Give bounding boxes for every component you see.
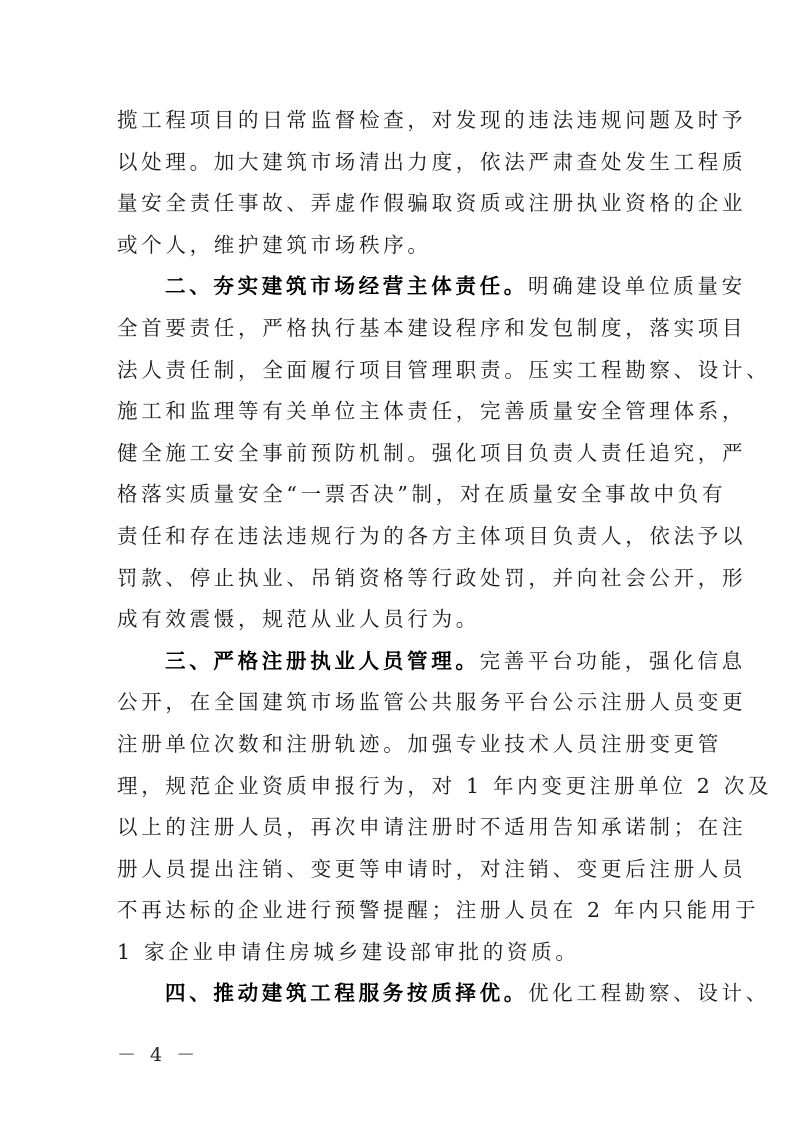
text-line: 施工和监理等有关单位主体责任，完善质量安全管理体系，	[117, 391, 677, 433]
section-heading-line: 四、推动建筑工程服务按质择优。优化工程勘察、设计、	[117, 973, 677, 1015]
line-text: 或个人，维护建筑市场秩序。	[117, 233, 432, 257]
line-text: 揽工程项目的日常监督检查，对发现的违法违规问题及时予	[117, 108, 746, 132]
section-heading-line: 三、严格注册执业人员管理。完善平台功能，强化信息	[117, 641, 677, 683]
text-line: 成有效震慑，规范从业人员行为。	[117, 599, 677, 641]
text-line: 格落实质量安全“一票否决”制，对在质量安全事故中负有	[117, 474, 677, 516]
text-line: 健全施工安全事前预防机制。强化项目负责人责任追究，严	[117, 433, 677, 475]
text-line: 不再达标的企业进行预警提醒；注册人员在 2 年内只能用于	[117, 890, 677, 932]
line-text: 成有效震慑，规范从业人员行为。	[117, 607, 480, 631]
text-line: 全首要责任，严格执行基本建设程序和发包制度，落实项目	[117, 308, 677, 350]
line-text: 明确建设单位质量安	[528, 274, 746, 298]
text-line: 公开，在全国建筑市场监管公共服务平台公示注册人员变更	[117, 682, 677, 724]
text-line: 罚款、停止执业、吊销资格等行政处罚，并向社会公开，形	[117, 558, 677, 600]
line-text: 注册单位次数和注册轨迹。加强专业技术人员注册变更管	[117, 732, 722, 756]
line-text: 责任和存在违法违规行为的各方主体项目负责人，依法予以	[117, 524, 746, 548]
page-number: － 4 －	[117, 1040, 199, 1067]
line-text: 以上的注册人员，再次申请注册时不适用告知承诺制；在注	[117, 815, 746, 839]
section-heading-line: 二、夯实建筑市场经营主体责任。明确建设单位质量安	[117, 266, 677, 308]
document-page: 揽工程项目的日常监督检查，对发现的违法违规问题及时予 以处理。加大建筑市场清出力…	[117, 100, 677, 1015]
text-line: 或个人，维护建筑市场秩序。	[117, 225, 677, 267]
section-heading-2: 二、夯实建筑市场经营主体责任。	[165, 274, 528, 298]
line-text: 量安全责任事故、弄虚作假骗取资质或注册执业资格的企业	[117, 191, 746, 215]
line-text: 格落实质量安全“一票否决”制，对在质量安全事故中负有	[117, 482, 726, 506]
line-text: 册人员提出注销、变更等申请时，对注销、变更后注册人员	[117, 857, 746, 881]
text-line: 1 家企业申请住房城乡建设部审批的资质。	[117, 932, 677, 974]
line-text: 完善平台功能，强化信息	[480, 649, 746, 673]
text-line: 法人责任制，全面履行项目管理职责。压实工程勘察、设计、	[117, 350, 677, 392]
text-line: 册人员提出注销、变更等申请时，对注销、变更后注册人员	[117, 849, 677, 891]
line-text: 1 家企业申请住房城乡建设部审批的资质。	[117, 940, 580, 964]
text-line: 以处理。加大建筑市场清出力度，依法严肃查处发生工程质	[117, 142, 677, 184]
line-text: 优化工程勘察、设计、	[528, 981, 770, 1005]
line-text: 全首要责任，严格执行基本建设程序和发包制度，落实项目	[117, 316, 746, 340]
line-text: 健全施工安全事前预防机制。强化项目负责人责任追究，严	[117, 441, 746, 465]
line-text: 法人责任制，全面履行项目管理职责。压实工程勘察、设计、	[117, 358, 770, 382]
line-text: 不再达标的企业进行预警提醒；注册人员在 2 年内只能用于	[117, 898, 759, 922]
section-heading-3: 三、严格注册执业人员管理。	[165, 649, 480, 673]
text-line: 责任和存在违法违规行为的各方主体项目负责人，依法予以	[117, 516, 677, 558]
text-line: 揽工程项目的日常监督检查，对发现的违法违规问题及时予	[117, 100, 677, 142]
line-text: 罚款、停止执业、吊销资格等行政处罚，并向社会公开，形	[117, 566, 746, 590]
text-line: 以上的注册人员，再次申请注册时不适用告知承诺制；在注	[117, 807, 677, 849]
section-heading-4: 四、推动建筑工程服务按质择优。	[165, 981, 528, 1005]
text-line: 量安全责任事故、弄虚作假骗取资质或注册执业资格的企业	[117, 183, 677, 225]
line-text: 施工和监理等有关单位主体责任，完善质量安全管理体系，	[117, 399, 746, 423]
text-line: 注册单位次数和注册轨迹。加强专业技术人员注册变更管	[117, 724, 677, 766]
line-text: 公开，在全国建筑市场监管公共服务平台公示注册人员变更	[117, 690, 746, 714]
line-text: 以处理。加大建筑市场清出力度，依法严肃查处发生工程质	[117, 150, 746, 174]
line-text: 理，规范企业资质申报行为，对 1 年内变更注册单位 2 次及	[117, 774, 772, 798]
text-line: 理，规范企业资质申报行为，对 1 年内变更注册单位 2 次及	[117, 766, 677, 808]
